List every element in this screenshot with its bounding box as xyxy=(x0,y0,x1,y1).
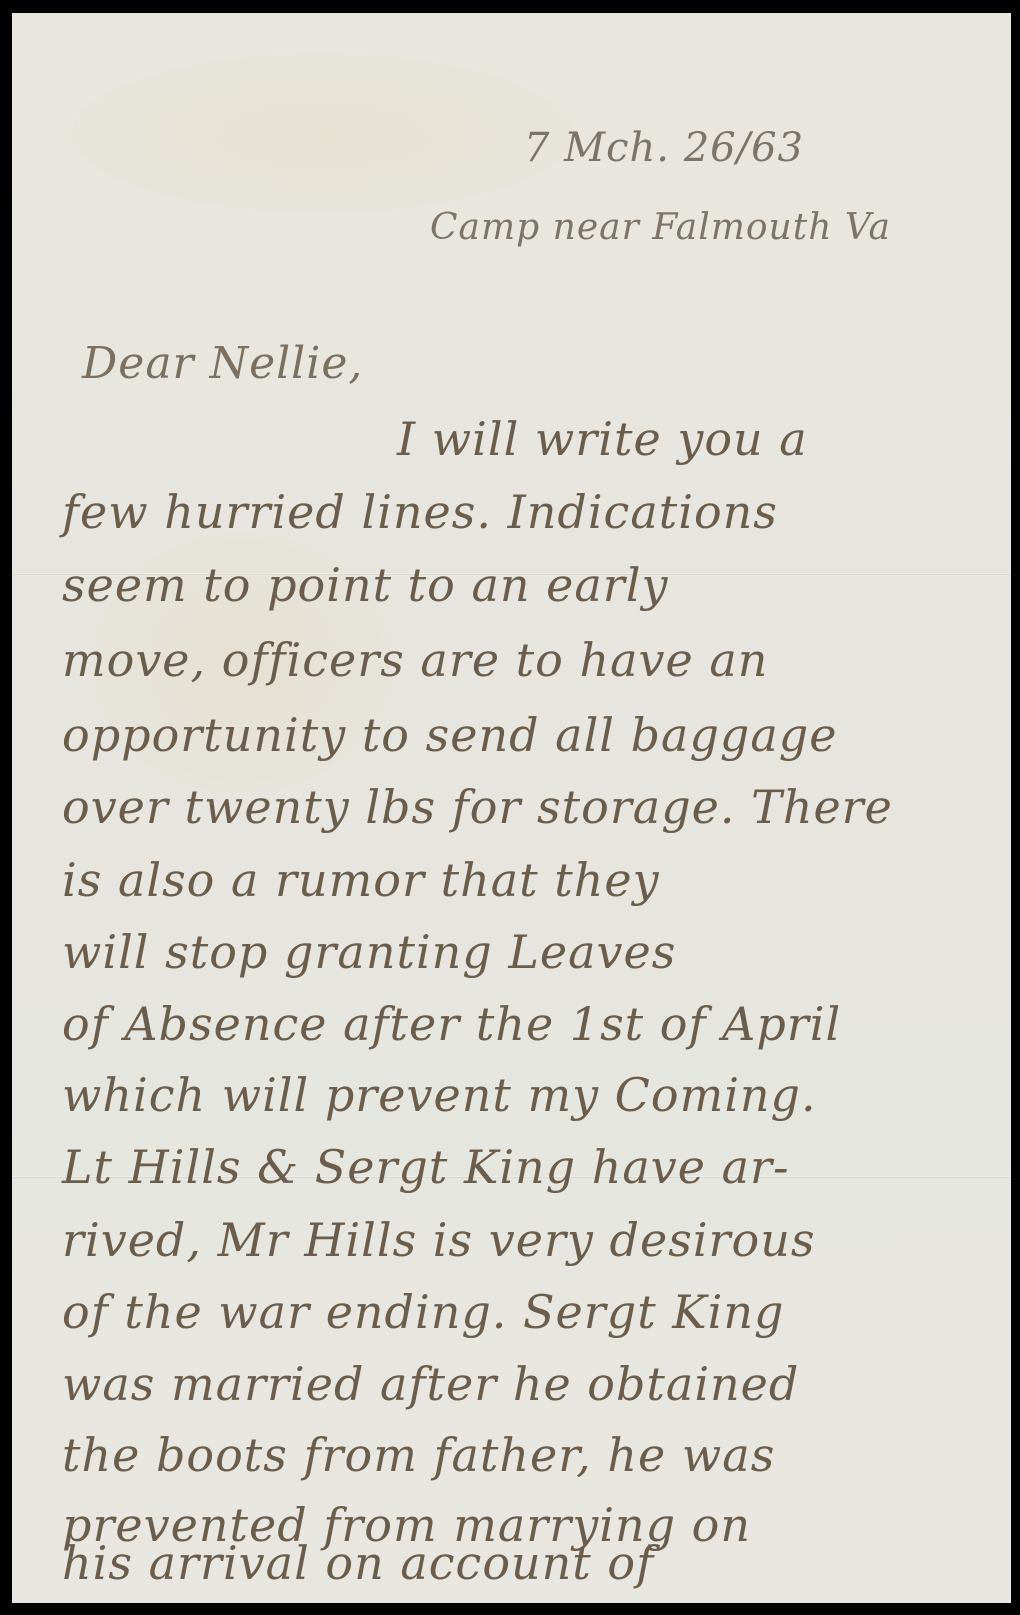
body-line: which will prevent my Coming. xyxy=(62,1068,817,1122)
body-line: over twenty lbs for storage. There xyxy=(62,780,893,834)
salutation: Dear Nellie, xyxy=(82,338,363,389)
body-line: rived, Mr Hills is very desirous xyxy=(62,1213,815,1267)
body-line: will stop granting Leaves xyxy=(62,925,676,979)
letter-date: 7 Mch. 26/63 xyxy=(524,125,804,171)
body-line: of Absence after the 1st of April xyxy=(62,997,841,1051)
body-line: seem to point to an early xyxy=(62,558,669,612)
letter-page: 7 Mch. 26/63 Camp near Falmouth Va Dear … xyxy=(12,13,1011,1603)
paper-stain xyxy=(72,53,572,213)
body-line: is also a rumor that they xyxy=(62,853,660,907)
body-line: was married after he obtained xyxy=(62,1357,799,1411)
body-line: Lt Hills & Sergt King have ar- xyxy=(62,1140,790,1194)
body-line: opportunity to send all baggage xyxy=(62,708,837,762)
letter-place: Camp near Falmouth Va xyxy=(430,207,891,248)
body-line: his arrival on account of xyxy=(62,1536,654,1590)
body-line: few hurried lines. Indications xyxy=(62,485,778,539)
body-line: the boots from father, he was xyxy=(62,1428,775,1482)
body-line: of the war ending. Sergt King xyxy=(62,1285,784,1339)
body-line: move, officers are to have an xyxy=(62,633,768,687)
body-line: I will write you a xyxy=(397,412,808,466)
